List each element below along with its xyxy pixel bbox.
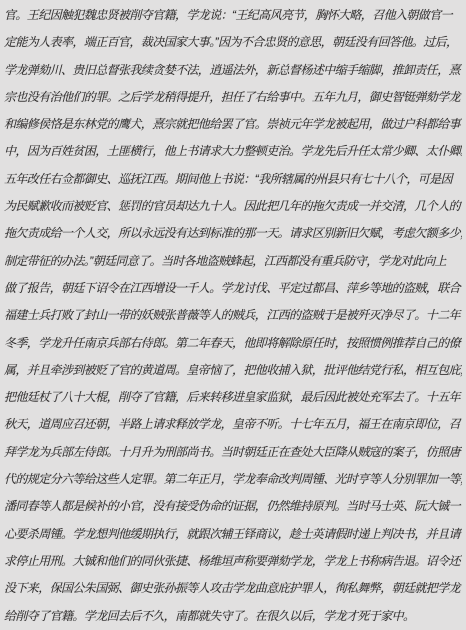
text-line: 拜学龙为兵部左侍郎。十月升为刑部尚书。当时朝廷正在查处大臣降从贼寇的案子，仿照唐 bbox=[4, 439, 462, 466]
text-line: 把他廷杖了八十大棍，削夺了官籍，后来转移进皇家监狱，最后因此被处充军去了。十五年 bbox=[4, 384, 462, 411]
text-line: 冬季，学龙升任南京兵部右侍郎。第二年春天，他即将解除原任时，按照惯例推荐自己的僚 bbox=[4, 330, 462, 357]
text-line: 宗也没有治他们的罪。之后学龙稍得提升，担任了右给事中。五年九月，御史智铤弹劾学龙 bbox=[4, 84, 462, 111]
text-line: 中，因为百姓贫困，土匪横行，他上书请求大力整顿吏治。学龙先后升任太常少卿、太仆卿… bbox=[4, 138, 462, 165]
text-line: 官。王纪因触犯魏忠贤被削夺官籍，学龙说：“王纪高风亮节，胸怀大略，召他入朝做官一 bbox=[4, 2, 462, 29]
text-line: 为民赋歉收而被贬官、惩罚的官员却达九十人。因此把几年的拖欠责成一并交清，几个人的 bbox=[4, 193, 462, 220]
text-line: 福建士兵打败了封山一带的妖贼张普薇等人的贼兵，江西的盗贼于是被歼灭净尽了。十二年 bbox=[4, 302, 462, 329]
text-line: 秋天，道周应召还朝，半路上请求释放学龙，皇帝不听。十七年五月，福王在南京即位，召 bbox=[4, 411, 462, 438]
text-line: 给削夺了官籍。学龙回去后不久，南都就失守了。在很久以后，学龙才死于家中。 bbox=[4, 603, 462, 630]
text-line: 心要杀周锺。学龙想判他缓期执行，就跟次辅王铎商议，趁士英请假时递上判决书，并且请 bbox=[4, 521, 462, 548]
text-line: 五年改任右佥都御史、巡抚江西。期间他上书说：“我所辖属的州县只有七十八个，可是因 bbox=[4, 166, 462, 193]
text-line: 代的规定分六等给这些人定罪。第二年正月，学龙奉命改判周锺、光时亨等人分别罪加一等… bbox=[4, 466, 462, 493]
text-line: 潘同春等人都是候补的小官，没有接受伪命的证据，仍然维持原判。当时马士英、阮大铖一 bbox=[4, 493, 462, 520]
text-line: 做了报告，朝廷下诏令在江西增设一千人。学龙讨伐、平定过都昌、萍乡等地的盗贼，联合 bbox=[4, 275, 462, 302]
text-line: 求停止用刑。大铖和他们的同伙张捷、杨维垣声称要弹劾学龙，学龙上书称病告退。诏令还 bbox=[4, 548, 462, 575]
text-line: 和编修侯恪是东林党的鹰犬，熹宗就把他给罢了官。崇祯元年学龙被起用，做过户科都给事 bbox=[4, 111, 462, 138]
body-text: 官。王纪因触犯魏忠贤被削夺官籍，学龙说：“王纪高风亮节，胸怀大略，召他入朝做官一… bbox=[4, 2, 462, 630]
text-line: 制定带征的办法。”朝廷同意了。当时各地盗贼蜂起，江西都没有重兵防守，学龙对此向上 bbox=[4, 248, 462, 275]
text-line: 没下来，保国公朱国弼、御史张孙振等人攻击学龙曲意庇护罪人，徇私舞弊，朝廷就把学龙 bbox=[4, 575, 462, 602]
text-line: 定能为人表率，端正百官，裁决国家大事。”因为不合忠贤的意思，朝廷没有回答他。过后… bbox=[4, 29, 462, 56]
text-line: 学龙弹劾川、贵旧总督张我续贪婪不法，逍遥法外，新总督杨述中缩手缩脚，推卸责任，熹 bbox=[4, 57, 462, 84]
document-page: 官。王纪因触犯魏忠贤被削夺官籍，学龙说：“王纪高风亮节，胸怀大略，召他入朝做官一… bbox=[0, 0, 466, 630]
text-line: 拖欠责成给一个人交，所以永远没有达到标准的那一天。请求区别新旧欠赋，考虑欠额多少… bbox=[4, 220, 462, 247]
text-line: 属，并且牵涉到被贬了官的黄道周。皇帝恼了，把他收捕入狱，批评他结党行私，相互包庇… bbox=[4, 357, 462, 384]
